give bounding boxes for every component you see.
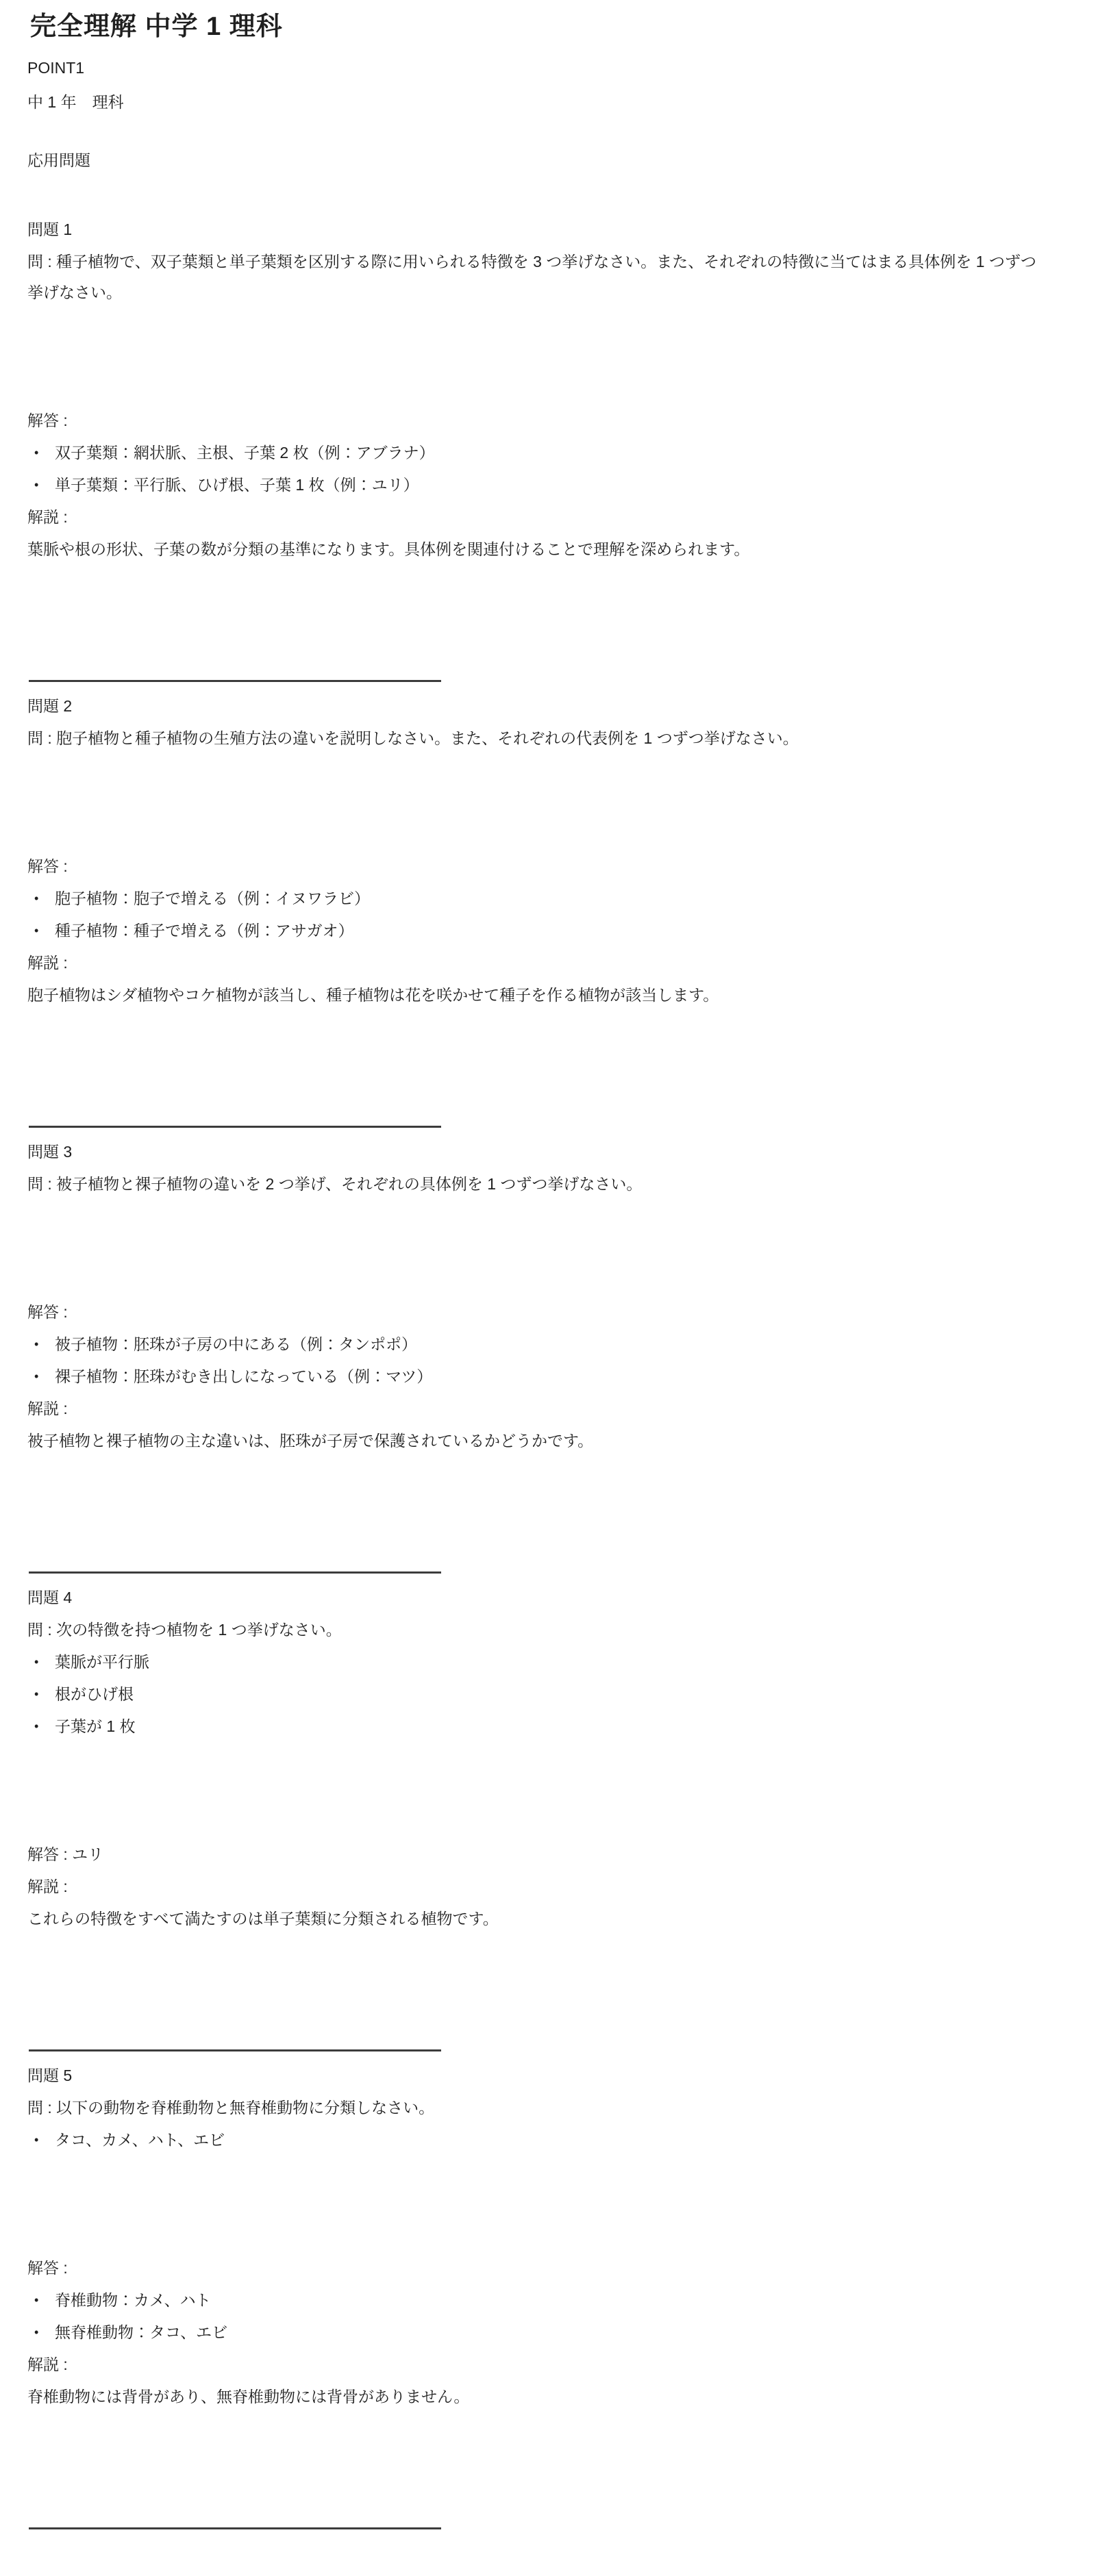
- bullet-dot-icon: •: [27, 1361, 55, 1392]
- answer-item: • 被子植物：胚珠が子房の中にある（例：タンポポ）: [27, 1329, 1038, 1360]
- problem-question: 問 : 種子植物で、双子葉類と単子葉類を区別する際に用いられる特徴を 3 つ挙げ…: [27, 247, 1038, 308]
- problem-number: 問題 5: [27, 2060, 1038, 2091]
- answer-item: • 胞子植物：胞子で増える（例：イヌワラビ）: [27, 883, 1038, 914]
- bullet-dot-icon: •: [27, 470, 55, 501]
- bullet-dot-icon: •: [27, 1329, 55, 1360]
- question-item: • 葉脈が平行脈: [27, 1647, 1038, 1678]
- bullet-dot-icon: •: [27, 2317, 55, 2348]
- answer-item-text: 脊椎動物：カメ、ハト: [55, 2285, 1038, 2316]
- point-label: POINT1: [27, 53, 1038, 84]
- problem-number: 問題 2: [27, 691, 1038, 722]
- problem-section-5: 問題 5 問 : 以下の動物を脊椎動物と無脊椎動物に分類しなさい。 • タコ、カ…: [27, 2060, 1038, 2529]
- answer-item: • 双子葉類：網状脈、主根、子葉 2 枚（例：アブラナ）: [27, 438, 1038, 468]
- answer-item: • 無脊椎動物：タコ、エビ: [27, 2317, 1038, 2348]
- question-item: • 子葉が 1 枚: [27, 1711, 1038, 1742]
- bullet-dot-icon: •: [27, 1711, 55, 1742]
- problem-section-2: 問題 2 問 : 胞子植物と種子植物の生殖方法の違いを説明しなさい。また、それぞ…: [27, 691, 1038, 1128]
- problem-question: 問 : 次の特徴を持つ植物を 1 つ挙げなさい。: [27, 1615, 1038, 1645]
- problem-section-4: 問題 4 問 : 次の特徴を持つ植物を 1 つ挙げなさい。 • 葉脈が平行脈 •…: [27, 1582, 1038, 2051]
- section-divider: [29, 1571, 441, 1574]
- explanation-text: これらの特徴をすべて満たすのは単子葉類に分類される植物です。: [27, 1904, 1038, 1934]
- answer-item: • 脊椎動物：カメ、ハト: [27, 2285, 1038, 2316]
- answer-item: • 単子葉類：平行脈、ひげ根、子葉 1 枚（例：ユリ）: [27, 470, 1038, 501]
- answer-item-text: 双子葉類：網状脈、主根、子葉 2 枚（例：アブラナ）: [55, 438, 1038, 468]
- bullet-dot-icon: •: [27, 883, 55, 914]
- document-page: 完全理解 中学 1 理科 POINT1 中 1 年 理科 応用問題 問題 1 問…: [0, 10, 1096, 2576]
- problem-section-3: 問題 3 問 : 被子植物と裸子植物の違いを 2 つ挙げ、それぞれの具体例を 1…: [27, 1137, 1038, 1574]
- explanation-text: 胞子植物はシダ植物やコケ植物が該当し、種子植物は花を咲かせて種子を作る植物が該当…: [27, 980, 1038, 1011]
- answer-inline: 解答 : ユリ: [27, 1839, 1038, 1870]
- section-divider: [29, 680, 441, 682]
- explanation-label: 解説 :: [27, 1393, 1038, 1424]
- question-item-text: タコ、カメ、ハト、エビ: [55, 2125, 1038, 2156]
- problem-question: 問 : 被子植物と裸子植物の違いを 2 つ挙げ、それぞれの具体例を 1 つずつ挙…: [27, 1169, 1038, 1200]
- explanation-label: 解説 :: [27, 1871, 1038, 1902]
- explanation-label: 解説 :: [27, 502, 1038, 533]
- grade-label: 中 1 年 理科: [27, 87, 1038, 118]
- question-item-text: 葉脈が平行脈: [55, 1647, 1038, 1678]
- section-heading: 応用問題: [27, 145, 1038, 176]
- problem-number: 問題 4: [27, 1582, 1038, 1613]
- answer-label: 解答 :: [27, 851, 1038, 882]
- answer-label: 解答 :: [27, 1297, 1038, 1328]
- document-title: 完全理解 中学 1 理科: [30, 10, 1038, 44]
- answer-label: 解答 :: [27, 2253, 1038, 2284]
- problem-number: 問題 1: [27, 214, 1038, 245]
- problem-question: 問 : 胞子植物と種子植物の生殖方法の違いを説明しなさい。また、それぞれの代表例…: [27, 723, 1038, 754]
- answer-label: 解答 :: [27, 405, 1038, 436]
- bullet-dot-icon: •: [27, 916, 55, 946]
- problem-question: 問 : 以下の動物を脊椎動物と無脊椎動物に分類しなさい。: [27, 2093, 1038, 2123]
- section-divider: [29, 2049, 441, 2051]
- explanation-text: 脊椎動物には背骨があり、無脊椎動物には背骨がありません。: [27, 2382, 1038, 2412]
- problem-section-1: 問題 1 問 : 種子植物で、双子葉類と単子葉類を区別する際に用いられる特徴を …: [27, 214, 1038, 682]
- answer-item-text: 単子葉類：平行脈、ひげ根、子葉 1 枚（例：ユリ）: [55, 470, 1038, 501]
- question-item: • タコ、カメ、ハト、エビ: [27, 2125, 1038, 2156]
- answer-item-text: 裸子植物：胚珠がむき出しになっている（例：マツ）: [55, 1361, 1038, 1392]
- answer-item-text: 無脊椎動物：タコ、エビ: [55, 2317, 1038, 2348]
- section-divider: [29, 2527, 441, 2529]
- explanation-label: 解説 :: [27, 948, 1038, 978]
- answer-item: • 裸子植物：胚珠がむき出しになっている（例：マツ）: [27, 1361, 1038, 1392]
- bullet-dot-icon: •: [27, 438, 55, 468]
- section-divider: [29, 1126, 441, 1128]
- bullet-dot-icon: •: [27, 1679, 55, 1710]
- answer-item-text: 種子植物：種子で増える（例：アサガオ）: [55, 916, 1038, 946]
- problem-number: 問題 3: [27, 1137, 1038, 1167]
- bullet-dot-icon: •: [27, 2125, 55, 2156]
- question-item-text: 根がひげ根: [55, 1679, 1038, 1710]
- bullet-dot-icon: •: [27, 1647, 55, 1678]
- answer-item-text: 被子植物：胚珠が子房の中にある（例：タンポポ）: [55, 1329, 1038, 1360]
- question-item: • 根がひげ根: [27, 1679, 1038, 1710]
- answer-item-text: 胞子植物：胞子で増える（例：イヌワラビ）: [55, 883, 1038, 914]
- answer-item: • 種子植物：種子で増える（例：アサガオ）: [27, 916, 1038, 946]
- bullet-dot-icon: •: [27, 2285, 55, 2316]
- explanation-text: 被子植物と裸子植物の主な違いは、胚珠が子房で保護されているかどうかです。: [27, 1426, 1038, 1456]
- question-item-text: 子葉が 1 枚: [55, 1711, 1038, 1742]
- explanation-text: 葉脈や根の形状、子葉の数が分類の基準になります。具体例を関連付けることで理解を深…: [27, 534, 1038, 565]
- explanation-label: 解説 :: [27, 2349, 1038, 2380]
